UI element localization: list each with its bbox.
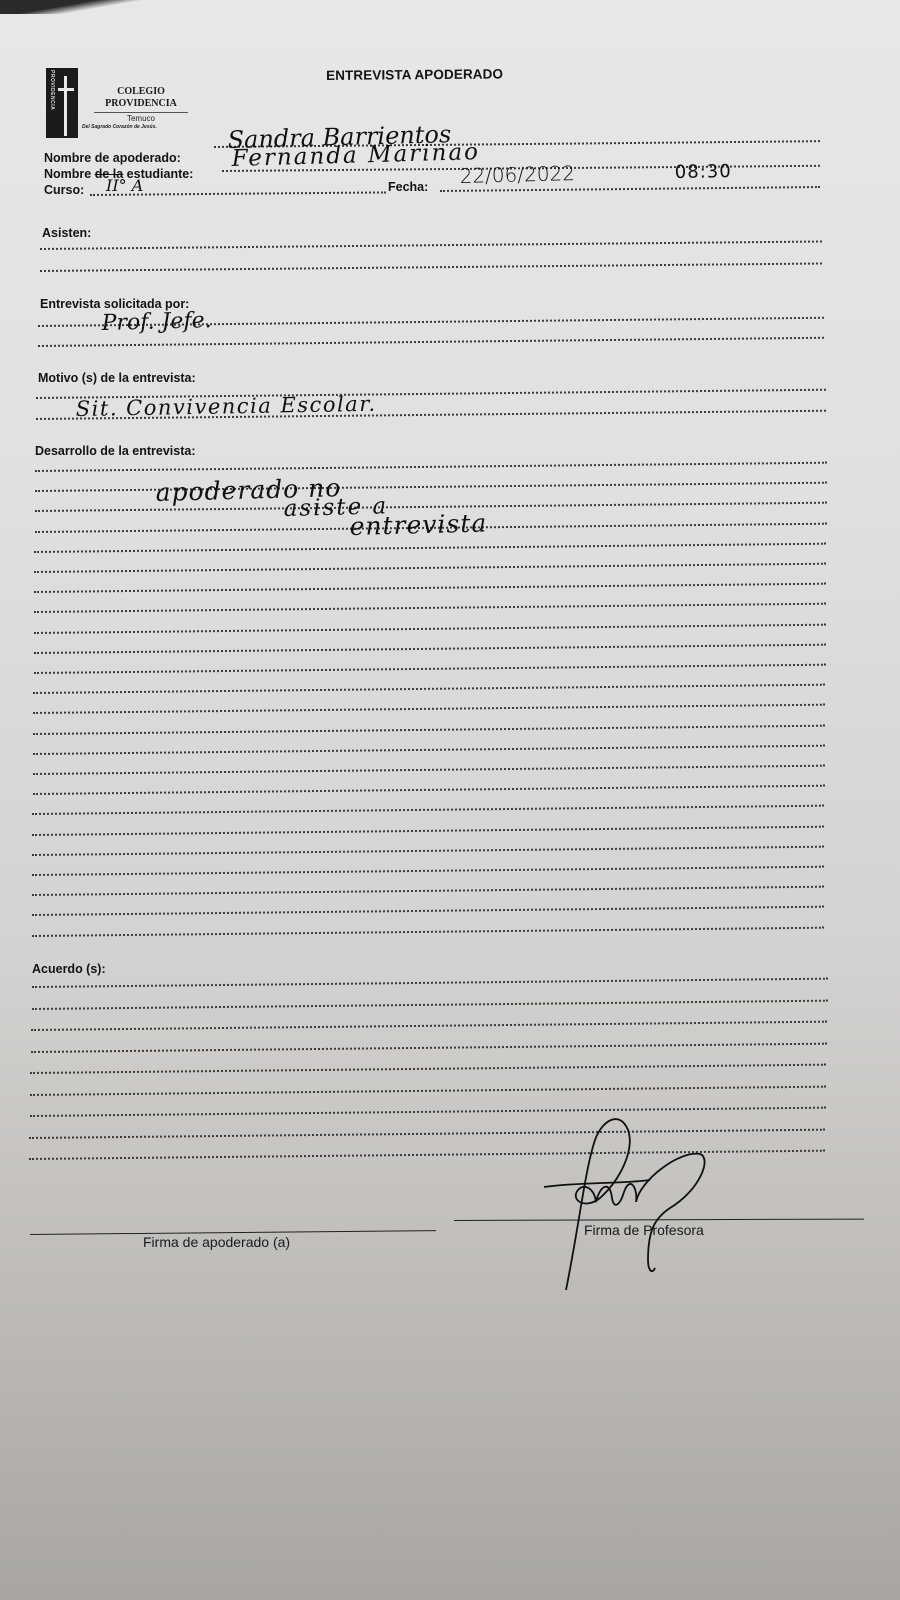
- asisten-line-2[interactable]: [40, 262, 822, 272]
- desarrollo-line[interactable]: [33, 745, 825, 755]
- desarrollo-line[interactable]: [35, 462, 827, 472]
- desarrollo-line[interactable]: [34, 563, 826, 573]
- school-name: COLEGIO PROVIDENCIA: [94, 86, 188, 113]
- desarrollo-line[interactable]: [34, 603, 826, 613]
- school-name-line1: COLEGIO: [94, 86, 188, 98]
- acuerdos-line[interactable]: [32, 999, 828, 1009]
- acuerdos-label: Acuerdo (s):: [32, 962, 106, 976]
- apoderado-signature-label: Firma de apoderado (a): [143, 1234, 290, 1250]
- acuerdos-line[interactable]: [31, 1042, 827, 1052]
- cross-icon-bar: [58, 88, 74, 91]
- asisten-line-1[interactable]: [40, 240, 822, 250]
- logo-emblem: PROVIDENCIA: [46, 68, 78, 138]
- estudiante-value: Fernanda Marinao: [231, 139, 480, 172]
- desarrollo-line[interactable]: [34, 644, 826, 654]
- school-logo: PROVIDENCIA COLEGIO PROVIDENCIA Temuco D…: [46, 68, 196, 138]
- desarrollo-line[interactable]: [32, 886, 824, 896]
- desarrollo-line[interactable]: [34, 543, 826, 553]
- acuerdos-line[interactable]: [32, 978, 828, 988]
- desarrollo-line[interactable]: [34, 623, 826, 633]
- desarrollo-line[interactable]: [33, 664, 825, 674]
- asisten-label: Asisten:: [42, 226, 91, 240]
- fecha-time: 08:30: [675, 161, 732, 183]
- desarrollo-line[interactable]: [33, 785, 825, 795]
- desarrollo-line[interactable]: [32, 825, 824, 835]
- logo-vertical-text: PROVIDENCIA: [47, 70, 55, 136]
- solicitada-line-2[interactable]: [38, 337, 824, 347]
- desarrollo-line-3: entrevista: [349, 508, 487, 541]
- desarrollo-line[interactable]: [32, 906, 824, 916]
- desarrollo-line[interactable]: [32, 866, 824, 876]
- school-motto: Del Sagrado Corazón de Jesús.: [82, 124, 198, 130]
- motivo-label: Motivo (s) de la entrevista:: [38, 371, 196, 385]
- form-title: ENTREVISTA APODERADO: [326, 66, 503, 83]
- apoderado-label: Nombre de apoderado:: [44, 151, 181, 165]
- desarrollo-line[interactable]: [33, 724, 825, 734]
- desarrollo-line[interactable]: [32, 846, 824, 856]
- estudiante-label-prefix: Nombre: [44, 167, 95, 181]
- fecha-value: 22/06/2022: [459, 161, 575, 188]
- desarrollo-line[interactable]: [33, 684, 825, 694]
- desarrollo-label: Desarrollo de la entrevista:: [35, 444, 195, 458]
- desarrollo-line[interactable]: [35, 482, 827, 492]
- fecha-label: Fecha:: [388, 180, 428, 194]
- curso-value: II° A: [106, 176, 143, 195]
- solicitada-value: Prof. Jefe.: [101, 308, 212, 336]
- school-city: Temuco: [94, 114, 188, 123]
- acuerdos-line[interactable]: [30, 1064, 826, 1074]
- acuerdos-line[interactable]: [30, 1085, 826, 1095]
- acuerdos-line[interactable]: [31, 1021, 827, 1031]
- curso-label: Curso:: [44, 183, 84, 197]
- desarrollo-line[interactable]: [33, 765, 825, 775]
- school-name-line2: PROVIDENCIA: [94, 98, 188, 110]
- desarrollo-line[interactable]: [32, 805, 824, 815]
- profesora-signature: [540, 1110, 740, 1310]
- desarrollo-line[interactable]: [33, 704, 825, 714]
- interview-form: PROVIDENCIA COLEGIO PROVIDENCIA Temuco D…: [0, 0, 900, 1600]
- desarrollo-line[interactable]: [32, 926, 824, 936]
- cross-icon: [64, 76, 67, 136]
- desarrollo-line[interactable]: [34, 583, 826, 593]
